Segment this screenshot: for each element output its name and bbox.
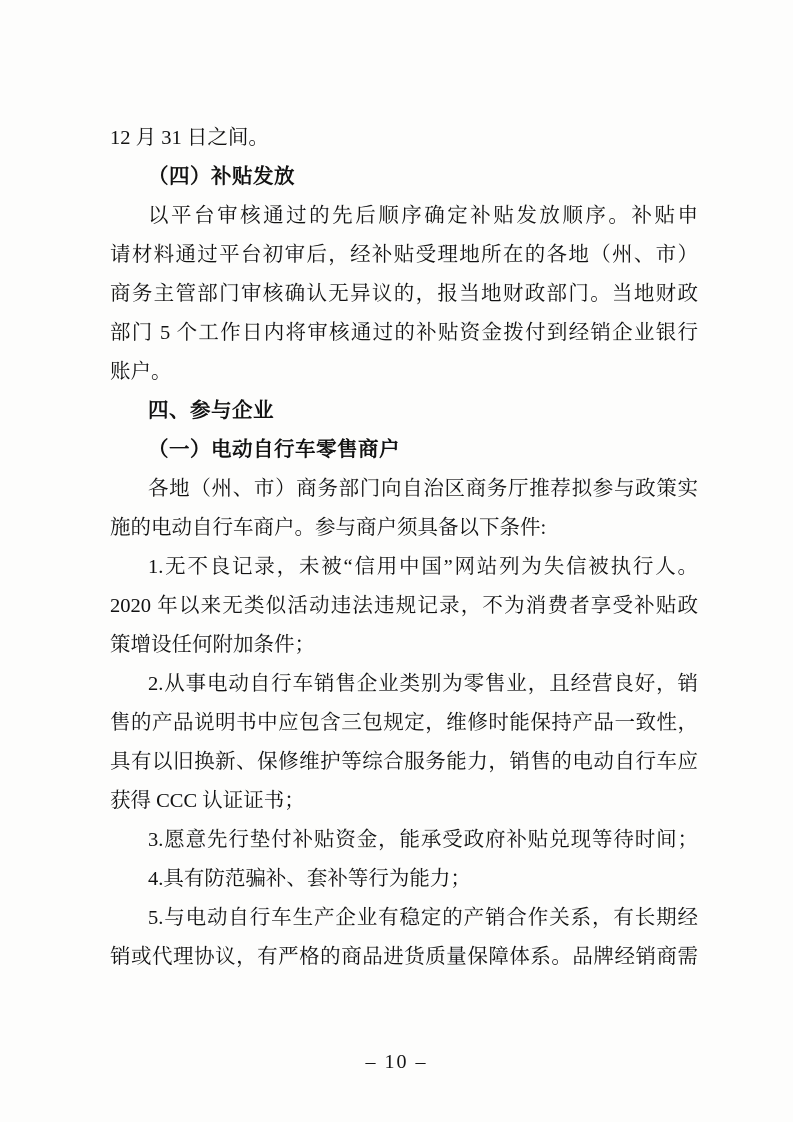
paragraph: 3.愿意先行垫付补贴资金，能承受政府补贴兑现等待时间； — [110, 821, 698, 860]
text-line: 四、参与企业 — [110, 392, 698, 431]
text-line: 销或代理协议，有严格的商品进货质量保障体系。品牌经销商需 — [110, 938, 698, 977]
text-line: （一）电动自行车零售商户 — [110, 431, 698, 470]
text-line: 3.愿意先行垫付补贴资金，能承受政府补贴兑现等待时间； — [110, 821, 698, 860]
text-line: 获得 CCC 认证证书； — [110, 782, 698, 821]
paragraph: 5.与电动自行车生产企业有稳定的产销合作关系，有长期经销或代理协议，有严格的商品… — [110, 899, 698, 977]
text-line: 请材料通过平台初审后，经补贴受理地所在的各地（州、市） — [110, 236, 698, 275]
text-line: 12 月 31 日之间。 — [110, 119, 698, 158]
text-line: 施的电动自行车商户。参与商户须具备以下条件: — [110, 509, 698, 548]
paragraph: 1.无不良记录，未被“信用中国”网站列为失信被执行人。2020 年以来无类似活动… — [110, 548, 698, 665]
text-line: 4.具有防范骗补、套补等行为能力； — [110, 860, 698, 899]
text-line: 商务主管部门审核确认无异议的，报当地财政部门。当地财政 — [110, 275, 698, 314]
section-heading: 四、参与企业 — [110, 392, 698, 431]
paragraph: 各地（州、市）商务部门向自治区商务厅推荐拟参与政策实施的电动自行车商户。参与商户… — [110, 470, 698, 548]
paragraph: 4.具有防范骗补、套补等行为能力； — [110, 860, 698, 899]
text-line: 部门 5 个工作日内将审核通过的补贴资金拨付到经销企业银行 — [110, 314, 698, 353]
text-line: 1.无不良记录，未被“信用中国”网站列为失信被执行人。 — [110, 548, 698, 587]
text-line: 2020 年以来无类似活动违法违规记录，不为消费者享受补贴政 — [110, 587, 698, 626]
text-line: （四）补贴发放 — [110, 158, 698, 197]
text-line: 5.与电动自行车生产企业有稳定的产销合作关系，有长期经 — [110, 899, 698, 938]
document-page: 12 月 31 日之间。（四）补贴发放以平台审核通过的先后顺序确定补贴发放顺序。… — [0, 0, 793, 1122]
paragraph: 以平台审核通过的先后顺序确定补贴发放顺序。补贴申请材料通过平台初审后，经补贴受理… — [110, 197, 698, 392]
section-heading: （四）补贴发放 — [110, 158, 698, 197]
paragraph: 12 月 31 日之间。 — [110, 119, 698, 158]
text-line: 售的产品说明书中应包含三包规定，维修时能保持产品一致性， — [110, 704, 698, 743]
paragraph: 2.从事电动自行车销售企业类别为零售业，且经营良好，销售的产品说明书中应包含三包… — [110, 665, 698, 821]
document-body: 12 月 31 日之间。（四）补贴发放以平台审核通过的先后顺序确定补贴发放顺序。… — [110, 119, 698, 977]
page-number: – 10 – — [0, 1047, 793, 1077]
text-line: 2.从事电动自行车销售企业类别为零售业，且经营良好，销 — [110, 665, 698, 704]
text-line: 策增设任何附加条件； — [110, 626, 698, 665]
text-line: 账户。 — [110, 353, 698, 392]
text-line: 各地（州、市）商务部门向自治区商务厅推荐拟参与政策实 — [110, 470, 698, 509]
text-line: 以平台审核通过的先后顺序确定补贴发放顺序。补贴申 — [110, 197, 698, 236]
section-heading: （一）电动自行车零售商户 — [110, 431, 698, 470]
text-line: 具有以旧换新、保修维护等综合服务能力，销售的电动自行车应 — [110, 743, 698, 782]
